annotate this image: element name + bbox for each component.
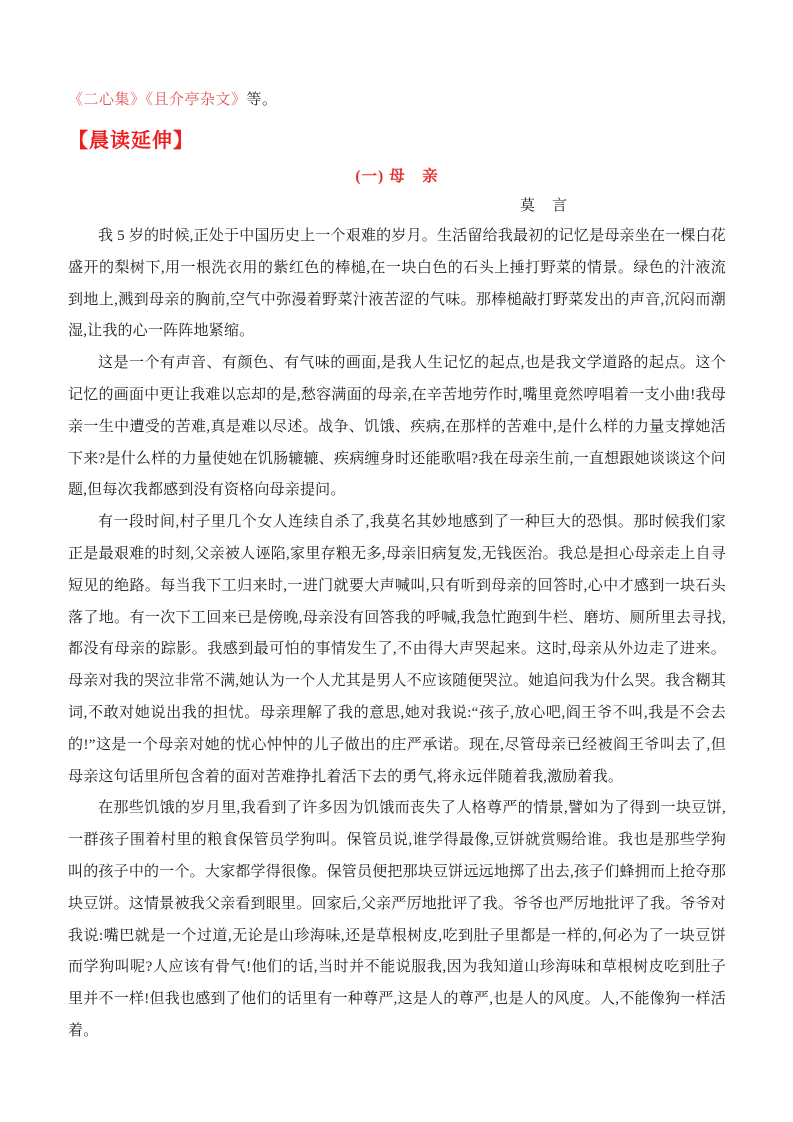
- essay-body: 我 5 岁的时候,正处于中国历史上一个艰难的岁月。生活留给我最初的记忆是母亲坐在…: [68, 221, 726, 1048]
- essay-paragraph: 我 5 岁的时候,正处于中国历史上一个艰难的岁月。生活留给我最初的记忆是母亲坐在…: [68, 221, 726, 348]
- essay-paragraph: 在那些饥饿的岁月里,我看到了许多因为饥饿而丧失了人格尊严的情景,譬如为了得到一块…: [68, 793, 726, 1047]
- essay-paragraph: 有一段时间,村子里几个女人连续自杀了,我莫名其妙地感到了一种巨大的恐惧。那时候我…: [68, 507, 726, 793]
- intro-suffix: 等。: [247, 92, 278, 108]
- essay-paragraph: 这是一个有声音、有颜色、有气味的画面,是我人生记忆的起点,也是我文学道路的起点。…: [68, 348, 726, 507]
- essay-author: 莫 言: [68, 197, 726, 215]
- document-page: 《二心集》《且介亭杂文》等。 【晨读延伸】 (一) 母 亲 莫 言 我 5 岁的…: [0, 0, 793, 1122]
- section-heading-morning-reading: 【晨读延伸】: [68, 128, 726, 154]
- book-titles: 《二心集》《且介亭杂文》: [68, 92, 247, 108]
- intro-line: 《二心集》《且介亭杂文》等。: [68, 90, 726, 110]
- essay-title: (一) 母 亲: [68, 167, 726, 187]
